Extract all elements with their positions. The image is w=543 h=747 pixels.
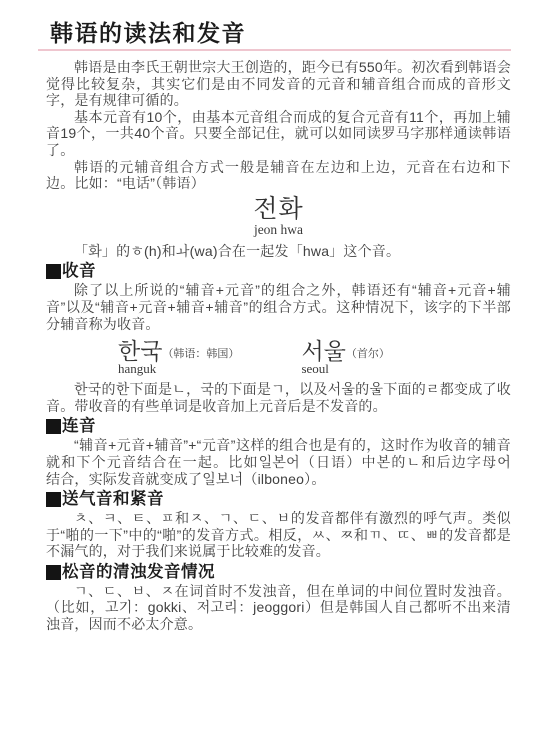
- word-annotation-seoul: （首尔）: [346, 345, 390, 363]
- black-square-icon: [46, 492, 61, 507]
- intro-paragraph-1: 韩语是由李氏王朝世宗大王创造的，距今已有550年。初次看到韩语会觉得比较复杂，其…: [46, 59, 511, 109]
- document-page: 韩语的读法和发音 韩语是由李氏王朝世宗大王创造的，距今已有550年。初次看到韩语…: [0, 0, 543, 747]
- word-romanization-hanguk: hanguk: [118, 362, 239, 376]
- intro-paragraph-3: 韩语的元辅音组合方式一般是辅音在左边和上边，元音在右边和下边。比如：“电话”（韩…: [46, 159, 511, 192]
- black-square-icon: [46, 264, 61, 279]
- section-heading-lianyin: 连音: [46, 417, 511, 436]
- section-heading-songyin: 松音的清浊发音情况: [46, 563, 511, 582]
- intro-paragraph-2: 基本元音有10个，由基本元音组合而成的复合元音有11个，再加上辅音19个，一共4…: [46, 109, 511, 159]
- word-annotation-hanguk: （韩语：韩国）: [162, 345, 239, 363]
- page-title: 韩语的读法和发音: [50, 21, 511, 46]
- word-hangul-hanguk: 한국: [118, 339, 162, 363]
- word-romanization-seoul: seoul: [301, 362, 389, 376]
- black-square-icon: [46, 565, 61, 580]
- annotated-words-row: 한국 （韩语：韩国） hanguk 서울 （首尔） seoul: [46, 339, 511, 376]
- example-romanization: jeon hwa: [46, 222, 511, 237]
- black-square-icon: [46, 419, 61, 434]
- section-heading-label: 收音: [62, 262, 96, 281]
- section-heading-label: 松音的清浊发音情况: [62, 563, 215, 582]
- word-group-seoul: 서울 （首尔） seoul: [301, 339, 389, 376]
- songyin-paragraph-1: ㄱ、ㄷ、ㅂ、ㅈ在词首时不发浊音，但在单词的中间位置时发浊音。（比如，고기：gok…: [46, 583, 511, 633]
- lianyin-paragraph-1: “辅音+元音+辅音”+“元音”这样的组合也是有的，这时作为收音的辅音就和下个元音…: [46, 437, 511, 487]
- shouyin-paragraph-2: 한국的한下面是ㄴ，국的下面是ㄱ，以及서울的울下面的ㄹ都变成了收音。带收音的有些单…: [46, 381, 511, 414]
- word-hangul-seoul: 서울: [301, 339, 345, 363]
- section-heading-songqiyin: 送气音和紧音: [46, 490, 511, 509]
- shouyin-paragraph-1: 除了以上所说的“辅音+元音”的组合之外，韩语还有“辅音+元音+辅音”以及“辅音+…: [46, 282, 511, 332]
- intro-paragraph-4: 「화」的ㅎ(h)和ㅘ(wa)合在一起发「hwa」这个音。: [46, 243, 511, 260]
- section-heading-label: 送气音和紧音: [62, 490, 164, 509]
- title-underline-rule: [38, 49, 511, 51]
- section-heading-label: 连音: [62, 417, 96, 436]
- word-group-hanguk: 한국 （韩语：韩国） hanguk: [118, 339, 239, 376]
- example-word-block: 전화 jeon hwa: [46, 196, 511, 237]
- section-heading-shouyin: 收音: [46, 262, 511, 281]
- songqiyin-paragraph-1: ㅊ、ㅋ、ㅌ、ㅍ和ㅈ、ㄱ、ㄷ、ㅂ的发音都伴有激烈的呼气声。类似于“啪的一下”中的“…: [46, 510, 511, 560]
- example-hangul-word: 전화: [46, 196, 511, 222]
